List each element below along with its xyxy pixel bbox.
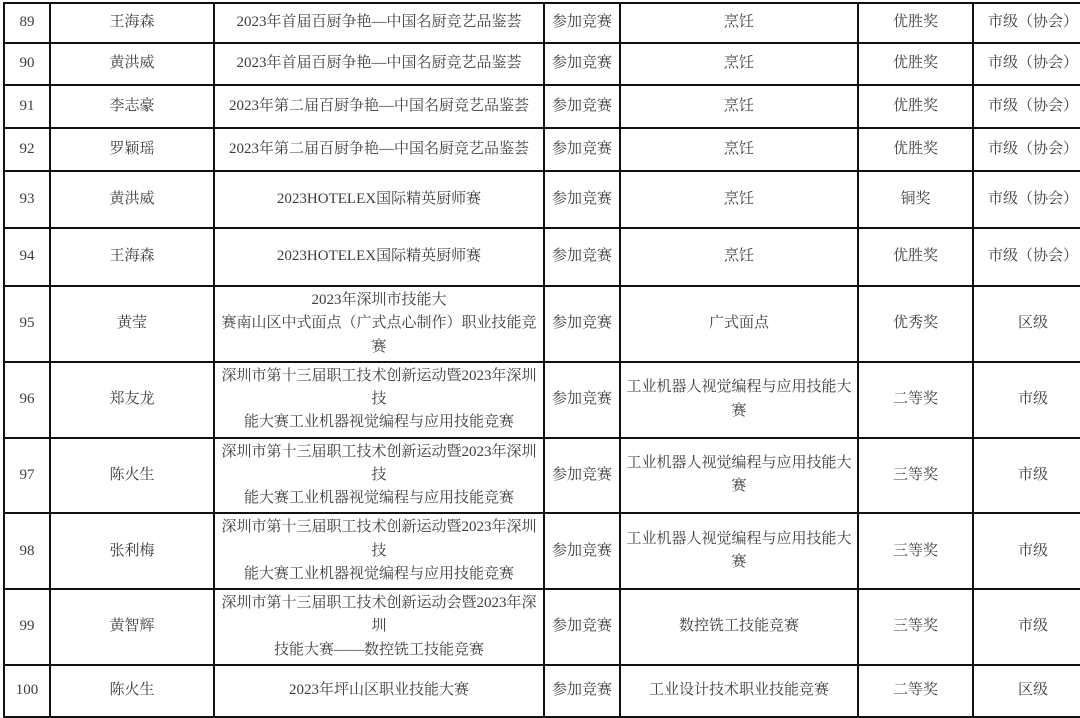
awards-table: 89 王海森 2023年首届百厨争艳—中国名厨竞艺品鉴荟 参加竞赛 烹饪 优胜奖…	[3, 2, 1080, 693]
awards-table-container: 89 王海森 2023年首届百厨争艳—中国名厨竞艺品鉴荟 参加竞赛 烹饪 优胜奖…	[3, 2, 1080, 693]
cell-award: 三等奖	[858, 513, 973, 589]
cell-project: 烹饪	[620, 171, 858, 228]
cell-entry-type: 参加竞赛	[544, 665, 620, 693]
cell-level: 市级（协会）	[973, 228, 1080, 286]
cell-seq: 98	[4, 513, 50, 589]
cell-seq: 91	[4, 85, 50, 128]
cell-competition: 2023年首届百厨争艳—中国名厨竞艺品鉴荟	[214, 43, 544, 85]
cell-entry-type: 参加竞赛	[544, 3, 620, 43]
cell-project: 数控铣工技能竞赛	[620, 589, 858, 665]
cell-entry-type: 参加竞赛	[544, 589, 620, 665]
cell-name: 张利梅	[50, 513, 214, 589]
cell-project: 烹饪	[620, 3, 858, 43]
cell-seq: 92	[4, 128, 50, 171]
cell-seq: 94	[4, 228, 50, 286]
cell-level: 市级	[973, 589, 1080, 665]
cell-seq: 99	[4, 589, 50, 665]
cell-project: 工业设计技术职业技能竞赛	[620, 665, 858, 693]
cell-competition: 2023年深圳市技能大 赛南山区中式面点（广式点心制作）职业技能竞赛	[214, 286, 544, 362]
cell-name: 罗颖瑶	[50, 128, 214, 171]
table-row: 89 王海森 2023年首届百厨争艳—中国名厨竞艺品鉴荟 参加竞赛 烹饪 优胜奖…	[4, 3, 1080, 43]
cell-competition: 深圳市第十三届职工技术创新运动暨2023年深圳技 能大赛工业机器视觉编程与应用技…	[214, 438, 544, 514]
cell-level: 市级（协会）	[973, 3, 1080, 43]
table-row: 98 张利梅 深圳市第十三届职工技术创新运动暨2023年深圳技 能大赛工业机器视…	[4, 513, 1080, 589]
cell-level: 区级	[973, 665, 1080, 693]
cell-competition: 深圳市第十三届职工技术创新运动会暨2023年深圳 技能大赛——数控铣工技能竞赛	[214, 589, 544, 665]
cell-award: 二等奖	[858, 665, 973, 693]
cell-name: 陈火生	[50, 665, 214, 693]
cell-award: 二等奖	[858, 362, 973, 438]
cell-level: 市级（协会）	[973, 43, 1080, 85]
cell-seq: 96	[4, 362, 50, 438]
cell-name: 郑友龙	[50, 362, 214, 438]
table-row: 99 黄智辉 深圳市第十三届职工技术创新运动会暨2023年深圳 技能大赛——数控…	[4, 589, 1080, 665]
table-row: 92 罗颖瑶 2023年第二届百厨争艳—中国名厨竞艺品鉴荟 参加竞赛 烹饪 优胜…	[4, 128, 1080, 171]
cell-award: 三等奖	[858, 589, 973, 665]
cell-award: 优胜奖	[858, 128, 973, 171]
cell-level: 市级	[973, 438, 1080, 514]
cell-award: 三等奖	[858, 438, 973, 514]
cell-entry-type: 参加竞赛	[544, 171, 620, 228]
cell-level: 市级	[973, 513, 1080, 589]
table-row: 93 黄洪威 2023HOTELEX国际精英厨师赛 参加竞赛 烹饪 铜奖 市级（…	[4, 171, 1080, 228]
cell-competition: 2023年首届百厨争艳—中国名厨竞艺品鉴荟	[214, 3, 544, 43]
cell-project: 烹饪	[620, 85, 858, 128]
cell-entry-type: 参加竞赛	[544, 128, 620, 171]
table-row: 97 陈火生 深圳市第十三届职工技术创新运动暨2023年深圳技 能大赛工业机器视…	[4, 438, 1080, 514]
cell-entry-type: 参加竞赛	[544, 286, 620, 362]
cell-name: 黄智辉	[50, 589, 214, 665]
cell-competition: 2023年第二届百厨争艳—中国名厨竞艺品鉴荟	[214, 85, 544, 128]
cell-competition: 2023年坪山区职业技能大赛	[214, 665, 544, 693]
cell-entry-type: 参加竞赛	[544, 513, 620, 589]
cell-level: 市级（协会）	[973, 85, 1080, 128]
cell-project: 工业机器人视觉编程与应用技能大赛	[620, 362, 858, 438]
cell-project: 工业机器人视觉编程与应用技能大赛	[620, 513, 858, 589]
cell-competition: 深圳市第十三届职工技术创新运动暨2023年深圳技 能大赛工业机器视觉编程与应用技…	[214, 362, 544, 438]
cell-project: 工业机器人视觉编程与应用技能大赛	[620, 438, 858, 514]
cell-award: 优胜奖	[858, 228, 973, 286]
cell-level: 市级（协会）	[973, 128, 1080, 171]
cell-award: 铜奖	[858, 171, 973, 228]
cell-award: 优胜奖	[858, 85, 973, 128]
cell-entry-type: 参加竞赛	[544, 228, 620, 286]
table-row: 96 郑友龙 深圳市第十三届职工技术创新运动暨2023年深圳技 能大赛工业机器视…	[4, 362, 1080, 438]
cell-project: 烹饪	[620, 128, 858, 171]
cell-seq: 95	[4, 286, 50, 362]
cell-name: 黄洪威	[50, 43, 214, 85]
cell-seq: 97	[4, 438, 50, 514]
cell-competition: 2023HOTELEX国际精英厨师赛	[214, 228, 544, 286]
cell-award: 优秀奖	[858, 286, 973, 362]
cell-name: 王海森	[50, 228, 214, 286]
cell-project: 广式面点	[620, 286, 858, 362]
cell-seq: 93	[4, 171, 50, 228]
cell-entry-type: 参加竞赛	[544, 438, 620, 514]
cell-entry-type: 参加竞赛	[544, 85, 620, 128]
cell-project: 烹饪	[620, 43, 858, 85]
cell-competition: 2023HOTELEX国际精英厨师赛	[214, 171, 544, 228]
cell-entry-type: 参加竞赛	[544, 362, 620, 438]
cell-award: 优胜奖	[858, 3, 973, 43]
cell-seq: 100	[4, 665, 50, 693]
cell-project: 烹饪	[620, 228, 858, 286]
cell-name: 黄莹	[50, 286, 214, 362]
table-row: 100 陈火生 2023年坪山区职业技能大赛 参加竞赛 工业设计技术职业技能竞赛…	[4, 665, 1080, 693]
cell-name: 李志豪	[50, 85, 214, 128]
table-row: 91 李志豪 2023年第二届百厨争艳—中国名厨竞艺品鉴荟 参加竞赛 烹饪 优胜…	[4, 85, 1080, 128]
cell-name: 王海森	[50, 3, 214, 43]
cell-award: 优胜奖	[858, 43, 973, 85]
cell-level: 区级	[973, 286, 1080, 362]
cell-name: 陈火生	[50, 438, 214, 514]
table-row: 90 黄洪威 2023年首届百厨争艳—中国名厨竞艺品鉴荟 参加竞赛 烹饪 优胜奖…	[4, 43, 1080, 85]
cell-competition: 深圳市第十三届职工技术创新运动暨2023年深圳技 能大赛工业机器视觉编程与应用技…	[214, 513, 544, 589]
cell-seq: 90	[4, 43, 50, 85]
table-row: 95 黄莹 2023年深圳市技能大 赛南山区中式面点（广式点心制作）职业技能竞赛…	[4, 286, 1080, 362]
cell-level: 市级	[973, 362, 1080, 438]
table-row: 94 王海森 2023HOTELEX国际精英厨师赛 参加竞赛 烹饪 优胜奖 市级…	[4, 228, 1080, 286]
cell-name: 黄洪威	[50, 171, 214, 228]
cell-competition: 2023年第二届百厨争艳—中国名厨竞艺品鉴荟	[214, 128, 544, 171]
cell-seq: 89	[4, 3, 50, 43]
cell-entry-type: 参加竞赛	[544, 43, 620, 85]
cell-level: 市级（协会）	[973, 171, 1080, 228]
